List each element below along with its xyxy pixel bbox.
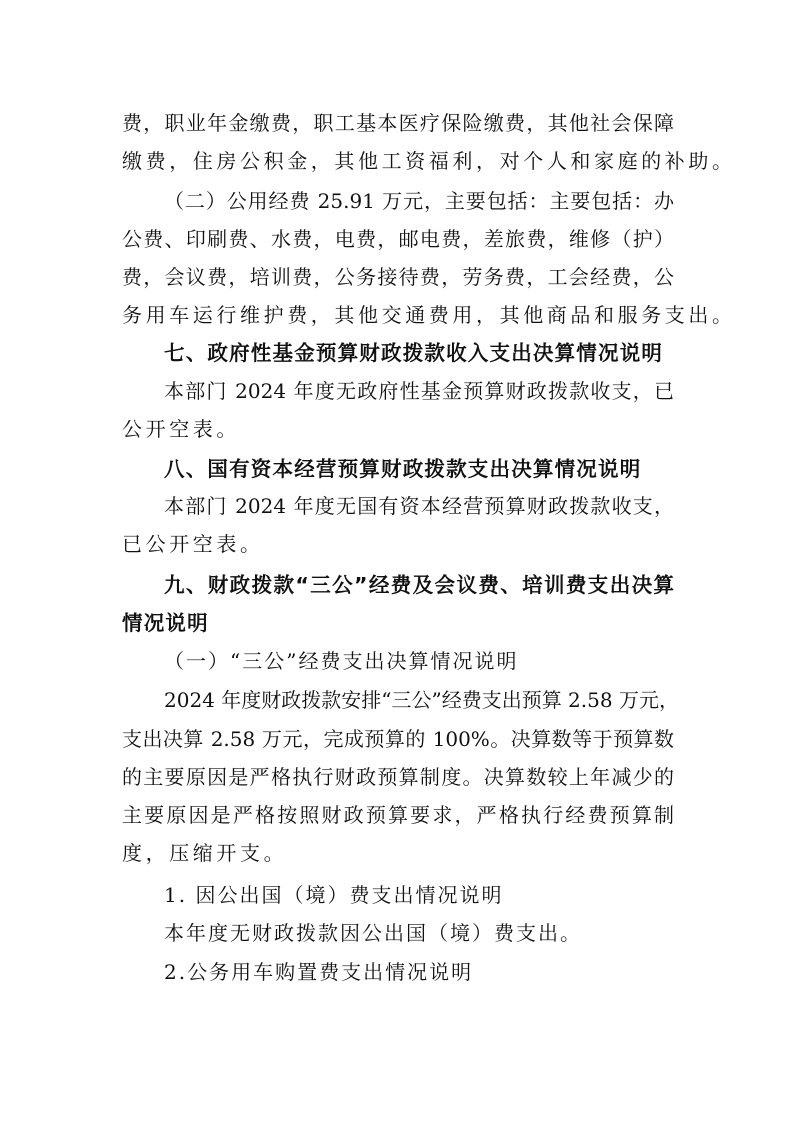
section-heading: 七、政府性基金预算财政拨款收入支出决算情况说明 [164,340,674,366]
text-line: 公开空表。 [122,416,674,442]
section-heading: 八、国有资本经营预算财政拨款支出决算情况说明 [164,456,674,482]
text-line: 公费、印刷费、水费，电费，邮电费，差旅费，维修（护） [122,226,674,252]
text-line: 费，会议费，培训费，公务接待费，劳务费，工会经费，公 [122,264,674,290]
text-line: 缴费，住房公积金，其他工资福利，对个人和家庭的补助。 [122,148,674,174]
text-line: （一）“三公”经费支出决算情况说明 [164,648,674,674]
text-line: 2024 年度财政拨款安排“三公”经费支出预算 2.58 万元， [164,687,674,713]
text-line: 务用车运行维护费，其他交通费用，其他商品和服务支出。 [122,302,674,328]
text-line: 本部门 2024 年度无政府性基金预算财政拨款收支，已 [164,378,674,404]
text-line: 支出决算 2.58 万元，完成预算的 100%。决算数等于预算数 [122,726,674,752]
text-line: （二）公用经费 25.91 万元，主要包括：主要包括：办 [164,188,674,214]
text-line: 费，职业年金缴费，职工基本医疗保险缴费，其他社会保障 [122,110,674,136]
text-line: 本年度无财政拨款因公出国（境）费支出。 [164,920,674,946]
text-line: 度，压缩开支。 [122,840,674,866]
text-line: 本部门 2024 年度无国有资本经营预算财政拨款收支， [164,493,674,519]
section-heading: 情况说明 [122,610,674,636]
text-line: 2.公务用车购置费支出情况说明 [164,959,674,985]
section-heading: 九、财政拨款“三公”经费及会议费、培训费支出决算 [164,572,674,598]
text-line: 已公开空表。 [122,531,674,557]
document-page: 费，职业年金缴费，职工基本医疗保险缴费，其他社会保障缴费，住房公积金，其他工资福… [0,0,793,1122]
text-line: 1. 因公出国（境）费支出情况说明 [164,882,674,908]
text-line: 的主要原因是严格执行财政预算制度。决算数较上年减少的 [122,764,674,790]
text-line: 主要原因是严格按照财政预算要求，严格执行经费预算制 [122,802,674,828]
